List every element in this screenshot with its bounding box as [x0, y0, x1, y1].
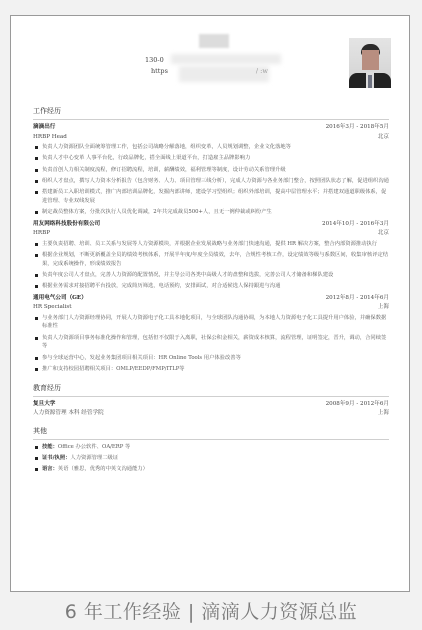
job-bullet: 组织人才盘点，撰写人力资本分析报告（包含财务、人力、项目管理三线分析），完成人力… — [33, 177, 389, 186]
resume-caption: 6 年工作经验 | 滴滴人力资源总监 — [0, 597, 422, 624]
job-role: HRBP Head — [33, 133, 67, 143]
job-location: 北京 — [378, 133, 389, 143]
other-item-languages: 语言：英语（雅思，优秀的中英文沟通能力） — [33, 465, 389, 474]
job-bullet: 负责人才中心变革 人事平台化，行政品牌化，搭全面线上渠道平台，打造雇主品牌影响力 — [33, 154, 389, 163]
job-bullet: 负责人力资源项目事务标准化操作和管理，包括但不仅限于入离职，社保公积金相关，薪资… — [33, 334, 389, 352]
job-bullet: 搭建新员工入职培训模式，推广内部培训品牌化，发掘内部讲师，建设学习型组织；组织外… — [33, 188, 389, 206]
job-location: 北京 — [378, 229, 389, 239]
section-title-education: 教育经历 — [33, 383, 389, 397]
company-name: 通用电气公司（GE） — [33, 294, 87, 304]
company-name: 用友网络科技股份有限公司 — [33, 220, 100, 230]
job-bullet: 根据企业规划，不断更新覆盖全员的绩效考核体系，开展半年度/年度全员绩效，去年，合… — [33, 251, 389, 269]
job-dates: 2016年3月 - 2018年5月 — [326, 123, 389, 133]
education-dates: 2008年9月 - 2012年6月 — [326, 400, 389, 410]
other-item-skills: 技能：Office 办公软件、OA/ERP 等 — [33, 443, 389, 452]
job-bullet: 根据业务需求对接招聘平台投放，完成简历筛选，电话预约，安排面试，对合适候选人保持… — [33, 282, 389, 291]
job-role: HRBP — [33, 229, 50, 239]
education-entry: 复旦大学2008年9月 - 2012年6月 人力资源管理 本科 经管学院上海 — [33, 400, 389, 419]
job-bullet: 参与全球运营中心，发起业务集团项目相关项目：HR Online Tools 用户… — [33, 354, 389, 363]
job-dates: 2014年10月 - 2016年3月 — [322, 220, 389, 230]
resume-body: 工作经历 滴滴出行2016年3月 - 2018年5月 HRBP Head北京 负… — [33, 100, 389, 477]
job-entry: 通用电气公司（GE）2012年8月 - 2014年6月 HR Specialis… — [33, 294, 389, 374]
resume-header: 130-0 https/ :w — [11, 16, 409, 96]
other-item-certificates: 证书/执照：人力资源管理二级证 — [33, 454, 389, 463]
job-bullet: 制定裁员整体方案，分批次执行人员优化调减，2年共完成裁员500+人，且无一例仲裁… — [33, 208, 389, 217]
school-name: 复旦大学 — [33, 400, 55, 410]
job-role: HR Specialist — [33, 303, 72, 313]
candidate-name-redacted — [199, 34, 229, 48]
job-bullet: 负责年度公司人才盘点，完善人力资源的配置情况，并主导公司各类中高级人才的盘整和选… — [33, 271, 389, 280]
resume-card: 130-0 https/ :w 工作经历 滴滴出行2016年3月 - 2018年… — [10, 15, 410, 592]
education-location: 上海 — [378, 409, 389, 419]
phone-number: 130-0 — [145, 56, 164, 64]
job-entry: 滴滴出行2016年3月 - 2018年5月 HRBP Head北京 负责人力资源… — [33, 123, 389, 217]
company-name: 滴滴出行 — [33, 123, 55, 133]
job-entry: 用友网络科技股份有限公司2014年10月 - 2016年3月 HRBP北京 主要… — [33, 220, 389, 291]
section-title-other: 其他 — [33, 426, 389, 440]
phone-redacted — [171, 54, 281, 64]
job-bullet: 负责人力资源团队全面统筹管理工作，包括公司战略分解落地，组织变革，人员规划调整，… — [33, 143, 389, 152]
job-bullet: 推广和支持校园招聘相关项目：OMLP/EEDP/FMP/ITLP等 — [33, 365, 389, 374]
personal-url[interactable]: https/ :w — [151, 67, 268, 75]
job-bullet: 与业务部门人力资源经理协同，开展人力资源电子化工具本地化项目，与全球团队沟通协调… — [33, 314, 389, 332]
job-location: 上海 — [378, 303, 389, 313]
job-bullet: 主要负责招聘、培训、员工关系与发展等人力资源模块，并根据企业发展战略与业务部门快… — [33, 240, 389, 249]
section-title-work: 工作经历 — [33, 106, 389, 120]
job-dates: 2012年8月 - 2014年6月 — [326, 294, 389, 304]
profile-photo — [349, 38, 391, 88]
job-bullet: 负责首创人力相关制度流程，修订招聘流程，培训，薪酬绩效，福利管理等制度，设计劳动… — [33, 166, 389, 175]
education-major: 人力资源管理 本科 经管学院 — [33, 409, 104, 419]
